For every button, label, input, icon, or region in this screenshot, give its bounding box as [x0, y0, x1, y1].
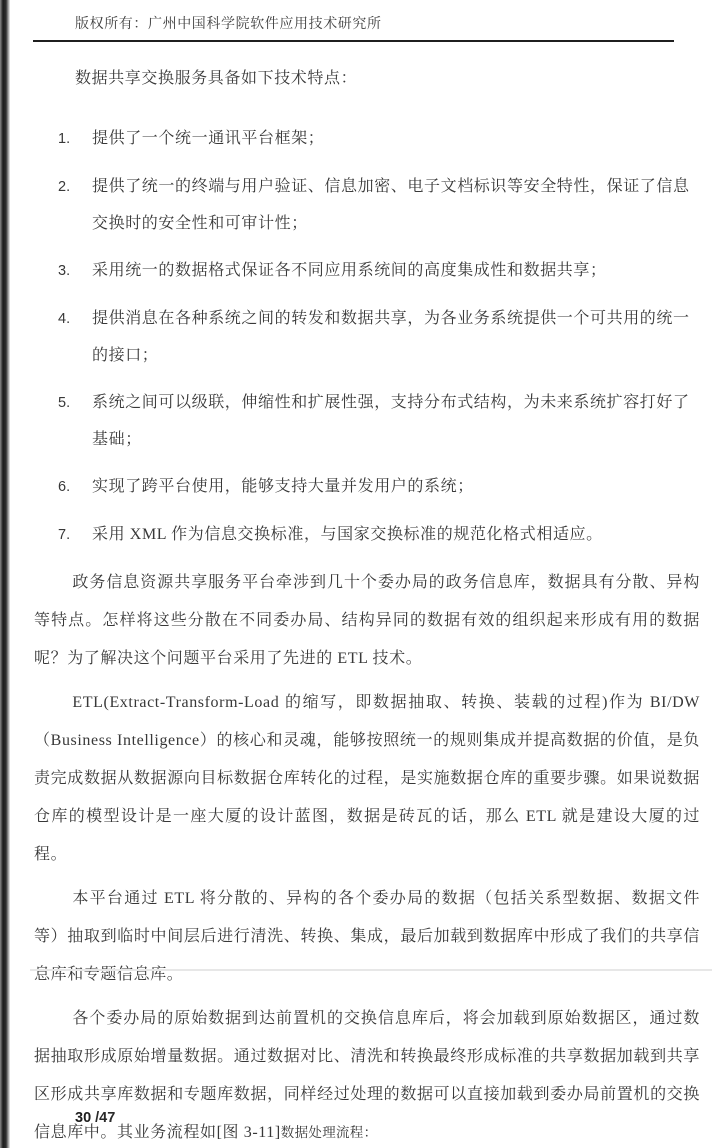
body-paragraphs: 政务信息资源共享服务平台牵涉到几十个委办局的政务信息库，数据具有分散、异构等特点… — [0, 564, 728, 1148]
list-item: 6. 实现了跨平台使用，能够支持大量并发用户的系统； — [58, 468, 696, 506]
list-item-number: 4. — [58, 300, 92, 374]
list-item: 3. 采用统一的数据格式保证各不同应用系统间的高度集成性和数据共享； — [58, 252, 696, 290]
list-item: 7. 采用 XML 作为信息交换标准，与国家交换标准的规范化格式相适应。 — [58, 516, 696, 554]
page-number: 30 — [75, 1110, 91, 1126]
page-footer: 30/47 — [75, 1110, 115, 1126]
paragraph: 政务信息资源共享服务平台牵涉到几十个委办局的政务信息库，数据具有分散、异构等特点… — [34, 564, 700, 678]
intro-line: 数据共享交换服务具备如下技术特点： — [75, 66, 698, 92]
list-item-text: 提供了统一的终端与用户验证、信息加密、电子文档标识等安全特性，保证了信息交换时的… — [92, 168, 696, 242]
list-item-text: 系统之间可以级联，伸缩性和扩展性强，支持分布式结构，为未来系统扩容打好了基础； — [92, 384, 696, 458]
paragraph-text: 政务信息资源共享服务平台牵涉到几十个委办局的政务信息库，数据具有分散、异构等特点… — [34, 574, 700, 667]
page-total: /47 — [95, 1110, 115, 1126]
figure-reference: 数据处理流程： — [281, 1125, 378, 1140]
feature-list: 1. 提供了一个统一通讯平台框架； 2. 提供了统一的终端与用户验证、信息加密、… — [0, 120, 728, 554]
list-item: 4. 提供消息在各种系统之间的转发和数据共享，为各业务系统提供一个可共用的统一的… — [58, 300, 696, 374]
list-item-number: 2. — [58, 168, 92, 242]
list-item: 1. 提供了一个统一通讯平台框架； — [58, 120, 696, 158]
list-item-text: 提供了一个统一通讯平台框架； — [92, 120, 696, 158]
list-item-number: 6. — [58, 468, 92, 506]
list-item-number: 5. — [58, 384, 92, 458]
list-item: 2. 提供了统一的终端与用户验证、信息加密、电子文档标识等安全特性，保证了信息交… — [58, 168, 696, 242]
page-header: 版权所有：广州中国科学院软件应用技术研究所 — [0, 0, 728, 42]
document-page: 版权所有：广州中国科学院软件应用技术研究所 数据共享交换服务具备如下技术特点： … — [0, 0, 728, 1148]
paragraph-text: 各个委办局的原始数据到达前置机的交换信息库后，将会加载到原始数据区，通过数据抽取… — [34, 1010, 700, 1141]
paragraph: ETL(Extract-Transform-Load 的缩写，即数据抽取、转换、… — [34, 684, 700, 874]
list-item-number: 3. — [58, 252, 92, 290]
header-divider — [33, 40, 674, 42]
paragraph: 本平台通过 ETL 将分散的、异构的各个委办局的数据（包括关系型数据、数据文件等… — [34, 880, 700, 994]
scan-streak-artifact — [30, 969, 712, 971]
list-item-number: 1. — [58, 120, 92, 158]
list-item-text: 采用统一的数据格式保证各不同应用系统间的高度集成性和数据共享； — [92, 252, 696, 290]
list-item-text: 采用 XML 作为信息交换标准，与国家交换标准的规范化格式相适应。 — [92, 516, 696, 554]
list-item-number: 7. — [58, 516, 92, 554]
list-item-text: 实现了跨平台使用，能够支持大量并发用户的系统； — [92, 468, 696, 506]
paragraph: 各个委办局的原始数据到达前置机的交换信息库后，将会加载到原始数据区，通过数据抽取… — [34, 1000, 700, 1148]
scan-edge-artifact — [0, 0, 10, 1148]
copyright-notice: 版权所有：广州中国科学院软件应用技术研究所 — [75, 0, 728, 34]
list-item: 5. 系统之间可以级联，伸缩性和扩展性强，支持分布式结构，为未来系统扩容打好了基… — [58, 384, 696, 458]
paragraph-text: ETL(Extract-Transform-Load 的缩写，即数据抽取、转换、… — [34, 694, 700, 863]
list-item-text: 提供消息在各种系统之间的转发和数据共享，为各业务系统提供一个可共用的统一的接口； — [92, 300, 696, 374]
